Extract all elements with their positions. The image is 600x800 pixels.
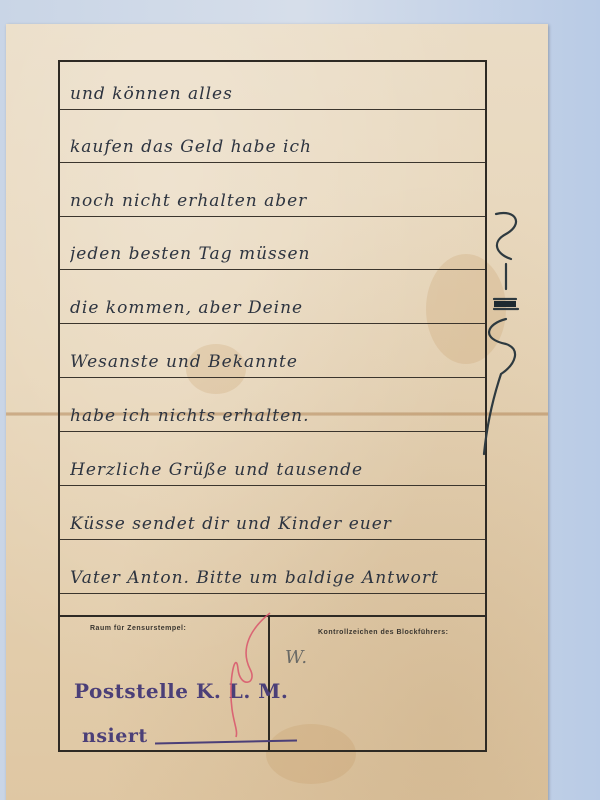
ruled-line [60,216,485,217]
side-signature-icon [476,204,536,464]
ruled-line [60,162,485,163]
handwritten-line-6: Wesanste und Bekannte [70,352,475,372]
handwritten-line-4: jeden besten Tag müssen [70,244,475,264]
letter-sheet: und können alles kaufen das Geld habe ic… [6,24,548,800]
form-footer: Raum für Zensurstempel: Kontrollzeichen … [60,615,485,750]
stamp-underline [155,740,297,744]
ruled-line [60,323,485,324]
letter-form-frame: und können alles kaufen das Geld habe ic… [58,60,487,752]
control-mark: W. [285,647,308,668]
ruled-line [60,431,485,432]
handwritten-line-9: Küsse sendet dir und Kinder euer [70,514,475,534]
ruled-line [60,485,485,486]
control-mark-label: Kontrollzeichen des Blockführers: [318,629,448,636]
handwritten-line-10: Vater Anton. Bitte um baldige Antwort [70,568,475,588]
ruled-line [60,109,485,110]
censor-stamp-text-2: nsiert [82,725,148,747]
handwritten-line-2: kaufen das Geld habe ich [70,137,475,157]
ruled-line [60,269,485,270]
ruled-line [60,377,485,378]
handwritten-line-8: Herzliche Grüße und tausende [70,460,475,480]
ruled-line [60,539,485,540]
censor-stamp-label: Raum für Zensurstempel: [90,625,186,632]
red-pencil-mark-icon [210,609,280,739]
handwritten-line-5: die kommen, aber Deine [70,298,475,318]
handwritten-line-7: habe ich nichts erhalten. [70,406,475,426]
ruled-line [60,593,485,594]
handwritten-line-3: noch nicht erhalten aber [70,191,475,211]
handwritten-line-1: und können alles [70,84,475,104]
